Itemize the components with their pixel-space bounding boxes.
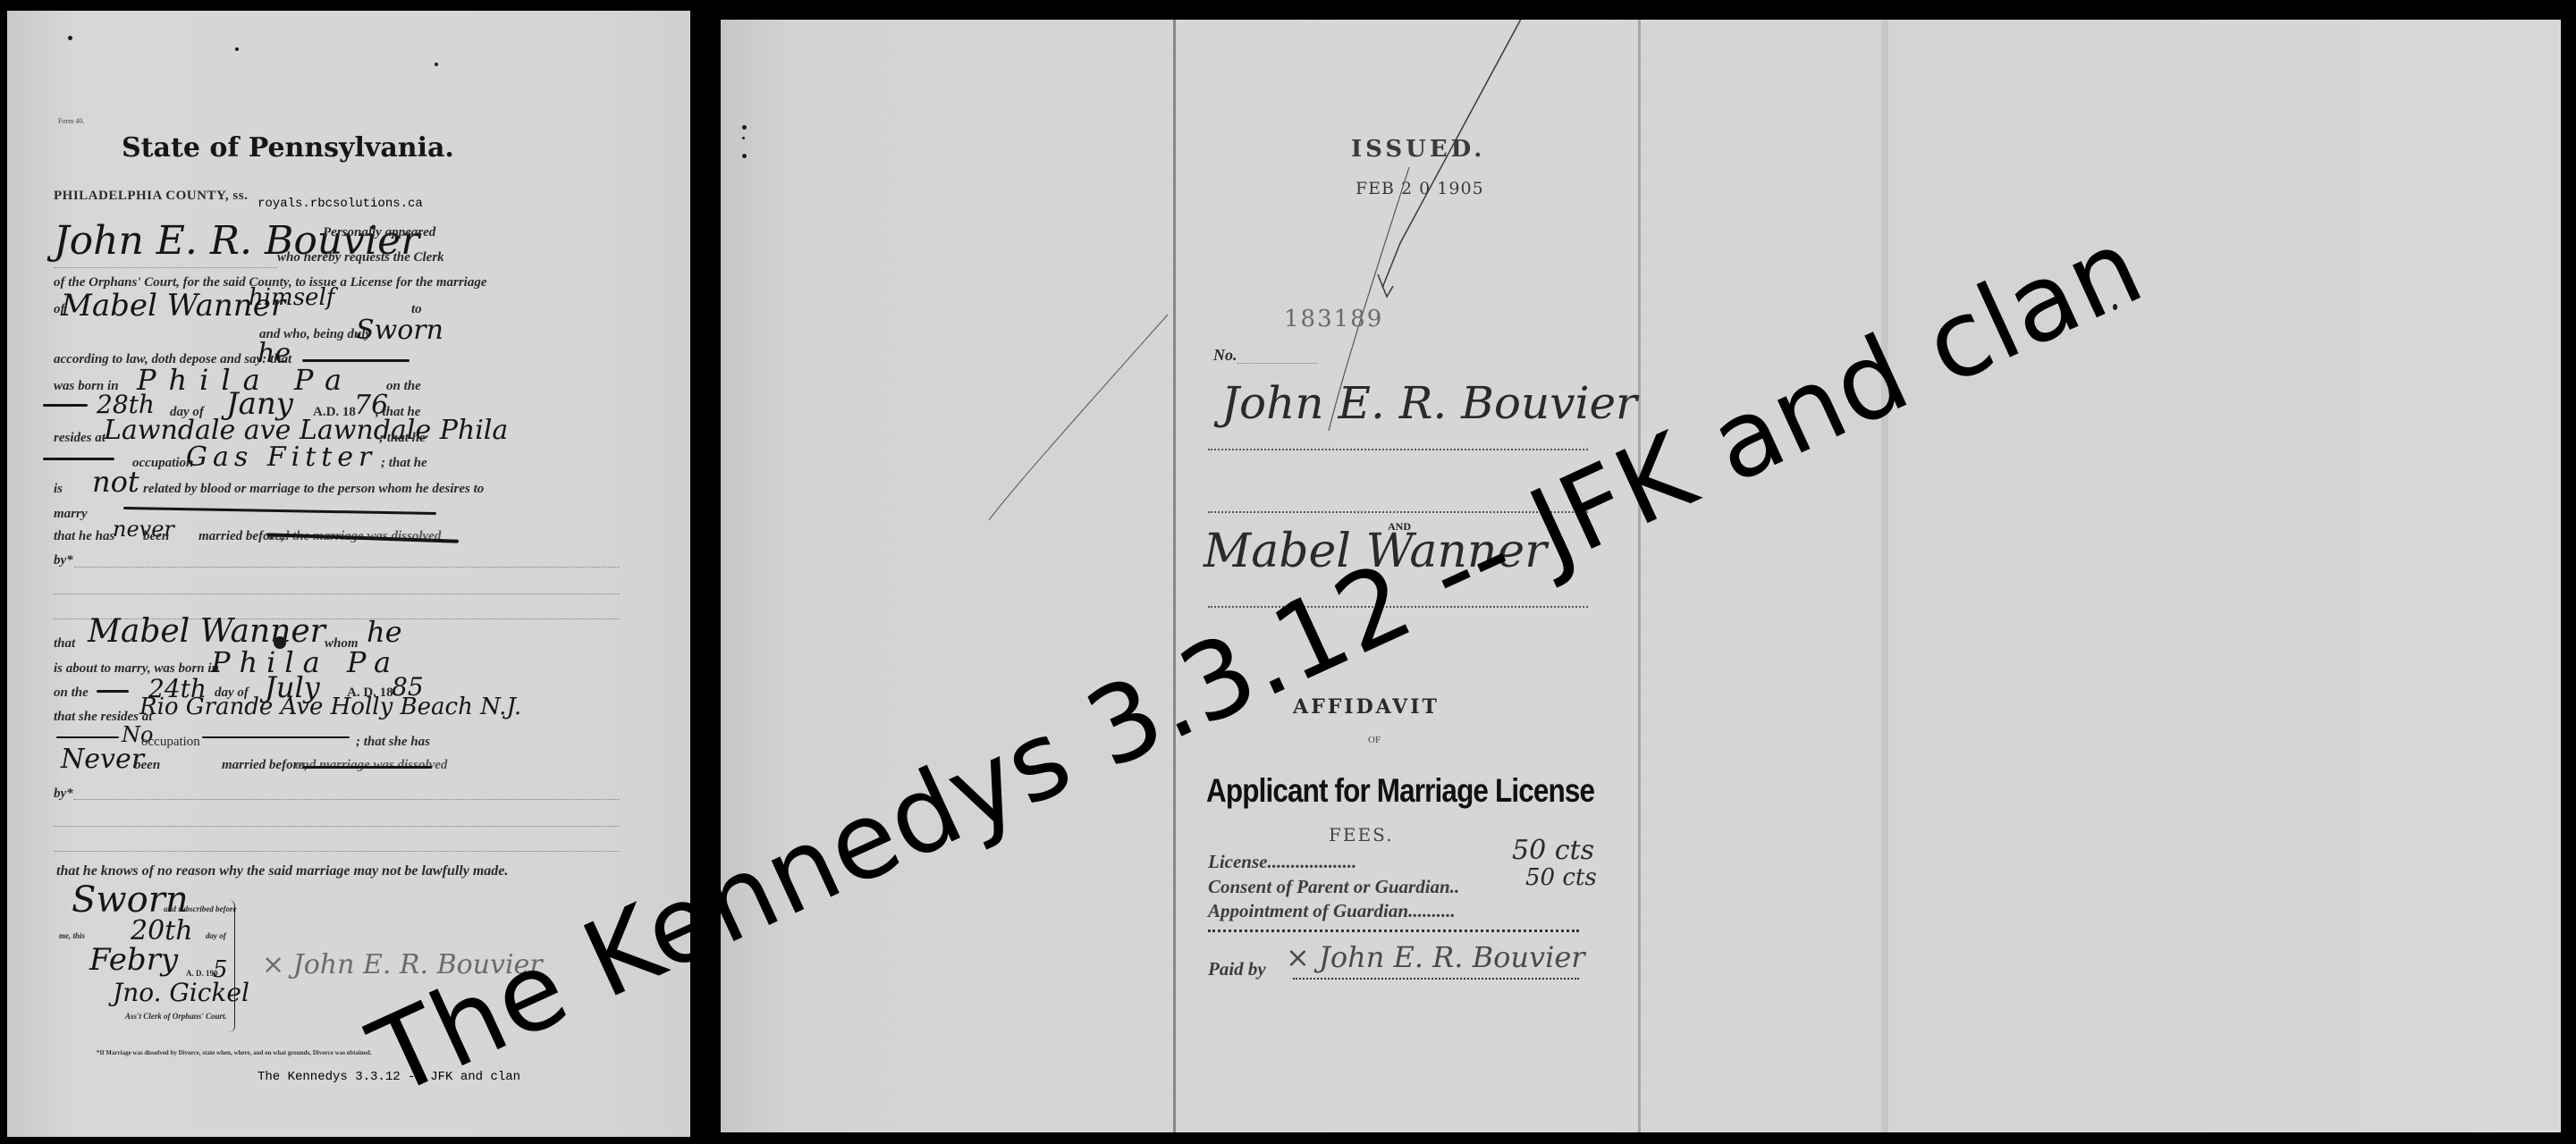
fee-label: Appointment of Guardian: [1208, 900, 1408, 921]
fee-row-consent: Consent of Parent or Guardian..: [1208, 876, 1459, 898]
blank-stroke: [43, 458, 114, 460]
day-of-label: day of: [206, 931, 226, 940]
request-text: who hereby requests the Clerk: [277, 250, 444, 265]
is-label: is: [54, 482, 63, 497]
fee-leader: ..: [1450, 876, 1460, 897]
himself-hand: himself: [249, 284, 334, 311]
blank-stroke: [302, 359, 410, 362]
paid-by-signature: × John E. R. Bouvier: [1286, 940, 1585, 974]
fee-row-appointment: Appointment of Guardian..........: [1208, 900, 1456, 922]
strike-through: [302, 766, 432, 769]
not-hand: not: [92, 465, 139, 499]
she-has-label: ; that she has: [356, 735, 430, 750]
that-he-has-label: that he has: [54, 529, 114, 544]
rule: [54, 593, 620, 594]
rule: [1293, 978, 1579, 980]
fee-leader: ...................: [1267, 851, 1356, 872]
by-label: by*: [54, 553, 73, 568]
blank-stroke: [56, 736, 119, 738]
rule: [54, 826, 620, 827]
that-he-label: ; that he: [379, 431, 426, 446]
rule: [54, 267, 277, 268]
fee-amount-license: 50 cts: [1512, 835, 1594, 866]
blank-stroke: [43, 404, 88, 407]
subscribed-text: and subscribed before: [164, 904, 237, 913]
lawful-text: that he knows of no reason why the said …: [56, 863, 508, 879]
never-hand: Never: [61, 744, 144, 775]
occupation-label: occupation: [132, 456, 193, 471]
related-text: related by blood or marriage to the pers…: [143, 482, 484, 497]
by-label: by*: [54, 786, 73, 802]
personally-appeared-text: Personally appeared: [323, 225, 435, 240]
bride-residence-hand: Rio Grande Ave Holly Beach N.J.: [139, 694, 521, 720]
fee-label: License: [1208, 851, 1267, 872]
fee-row-license: License...................: [1208, 851, 1356, 873]
on-the-label: on the: [386, 379, 421, 394]
rule: [1237, 363, 1318, 364]
that-label: that: [54, 636, 75, 652]
form-number: Form 40.: [58, 117, 84, 125]
been-label: been: [134, 758, 160, 773]
rule: [74, 799, 620, 800]
of-label: OF: [1368, 735, 1381, 745]
me-this-label: me, this: [59, 931, 85, 940]
he-hand: he: [367, 615, 402, 649]
fee-amount-consent: 50 cts: [1525, 864, 1597, 891]
blank-stroke: [202, 736, 350, 738]
groom-name-hand: John E. R. Bouvier: [1221, 377, 1637, 429]
sworn-month-hand: Febry: [89, 942, 178, 978]
blank-stroke: [97, 690, 129, 693]
speck: [435, 63, 438, 66]
no-label: No.: [1213, 346, 1237, 365]
brace: [229, 900, 235, 1032]
fold-crease: [1881, 20, 1888, 1132]
bride-name-hand: Mabel Wanner: [88, 613, 325, 650]
divorce-footnote: *If Marriage was dissolved by Divorce, s…: [97, 1049, 372, 1056]
on-the-label: on the: [54, 686, 89, 701]
rule: [74, 567, 620, 568]
clerk-title: Ass't Clerk of Orphans' Court.: [125, 1012, 227, 1021]
speck: [235, 47, 239, 51]
license-number: 183189: [1284, 306, 1383, 332]
fee-leader: ..........: [1408, 900, 1456, 921]
license-docket-page: ISSUED. FEB 2 0 1905 183189 No. John E. …: [721, 20, 2561, 1132]
applicant-heading: Applicant for Marriage License: [1206, 772, 1594, 810]
been-label: been: [143, 529, 169, 544]
occupation-hand: Gas Fitter: [186, 442, 376, 473]
sworn-hand: Sworn: [356, 315, 443, 346]
paid-by-label: Paid by: [1208, 958, 1266, 980]
speck: [68, 36, 72, 40]
blank-stroke: [123, 507, 436, 515]
occupation-label: occupation: [141, 735, 200, 750]
that-he-label: ; that he: [381, 456, 427, 471]
site-url-watermark: royals.rbcsolutions.ca: [258, 197, 423, 211]
rule: [54, 851, 620, 852]
fee-total-rule: [1208, 929, 1579, 932]
form-title: State of Pennsylvania.: [122, 132, 454, 164]
county-label: PHILADELPHIA COUNTY, ss.: [54, 189, 248, 204]
resides-at-label: resides at: [54, 431, 106, 446]
fees-heading: FEES.: [1329, 824, 1393, 845]
fee-label: Consent of Parent or Guardian: [1208, 876, 1450, 897]
marry-label: marry: [54, 507, 88, 522]
rule: [1208, 449, 1588, 450]
